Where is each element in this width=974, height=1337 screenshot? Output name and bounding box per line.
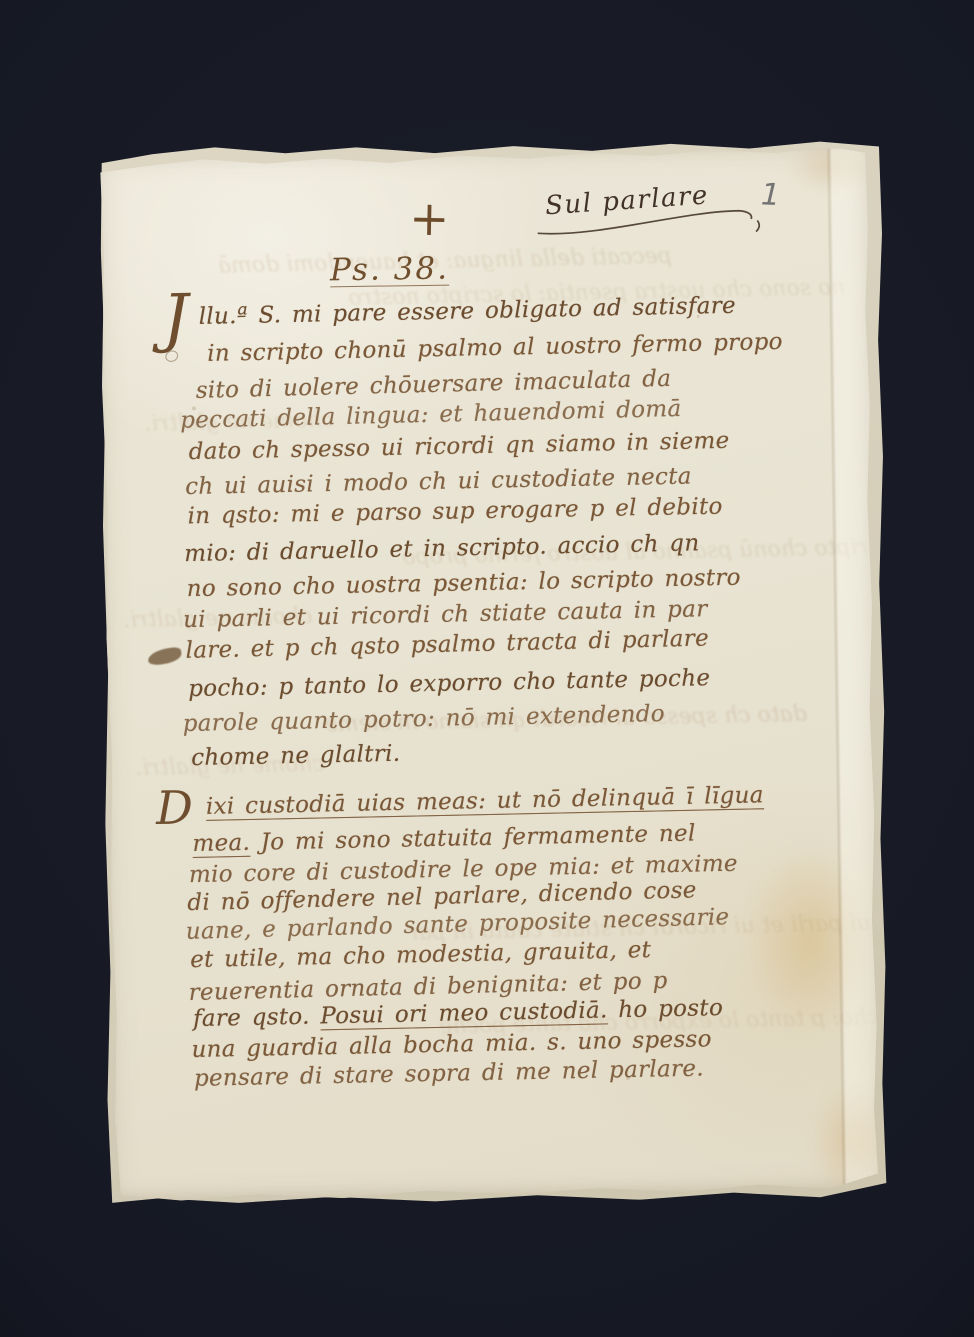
page-surface: peccati della lingua: et hauendomi domā …: [96, 144, 883, 1203]
psalm-heading-text: Ps. 38.: [330, 251, 449, 289]
drop-cap-d: D: [156, 784, 194, 831]
underlined-psalm-verse: ixi custodiā uias meas: ut nō delinquā ī…: [206, 782, 764, 820]
manuscript-line: pocho: p tanto lo exporro cho tante poch…: [188, 665, 711, 702]
manuscript-line: chome ne glaltri.: [191, 741, 401, 771]
ink-blot: [147, 646, 183, 666]
manuscript-line: in scripto chonū psalmo al uostro fermo …: [207, 329, 783, 367]
manuscript-line: parole quanto potro: nō mi extendendo: [182, 701, 665, 737]
underlined-psalm-verse: mea.: [192, 830, 250, 857]
line-text: fare qsto.: [193, 1003, 321, 1032]
page-number: 1: [760, 177, 780, 213]
manuscript-line: llu.ª S. mi pare essere obligato ad sati…: [198, 293, 736, 330]
photo-backdrop: peccati della lingua: et hauendomi domā …: [0, 0, 974, 1337]
manuscript-page: peccati della lingua: et hauendomi domā …: [104, 150, 876, 1198]
manuscript-line: ixi custodiā uias meas: ut nō delinquā ī…: [206, 782, 764, 820]
drop-cap-j: J: [162, 286, 189, 350]
manuscript-line: mea. Jo mi sono statuita fermamente nel: [192, 820, 696, 857]
line-text: ho posto: [607, 995, 723, 1023]
cross-mark: +: [409, 190, 450, 247]
psalm-heading: Ps. 38.: [330, 251, 449, 289]
line-text: Jo mi sono statuita fermamente nel: [250, 820, 696, 855]
manuscript-line: in qsto: mi e parso sup erogare p el deb…: [187, 494, 723, 530]
